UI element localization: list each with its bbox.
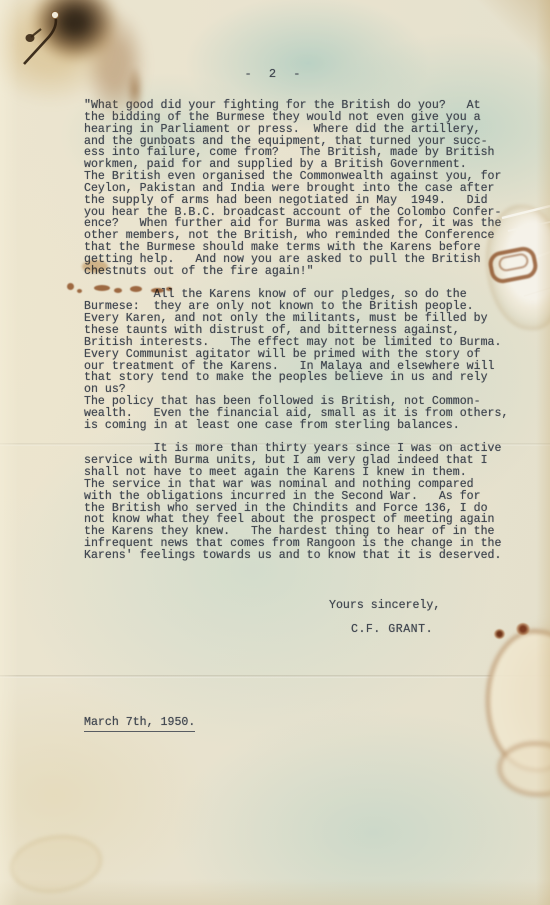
scanned-letter-page: - 2 - "What good did your fighting for t… bbox=[0, 0, 550, 905]
rust-dot bbox=[494, 629, 505, 639]
rust-dot bbox=[516, 623, 530, 635]
